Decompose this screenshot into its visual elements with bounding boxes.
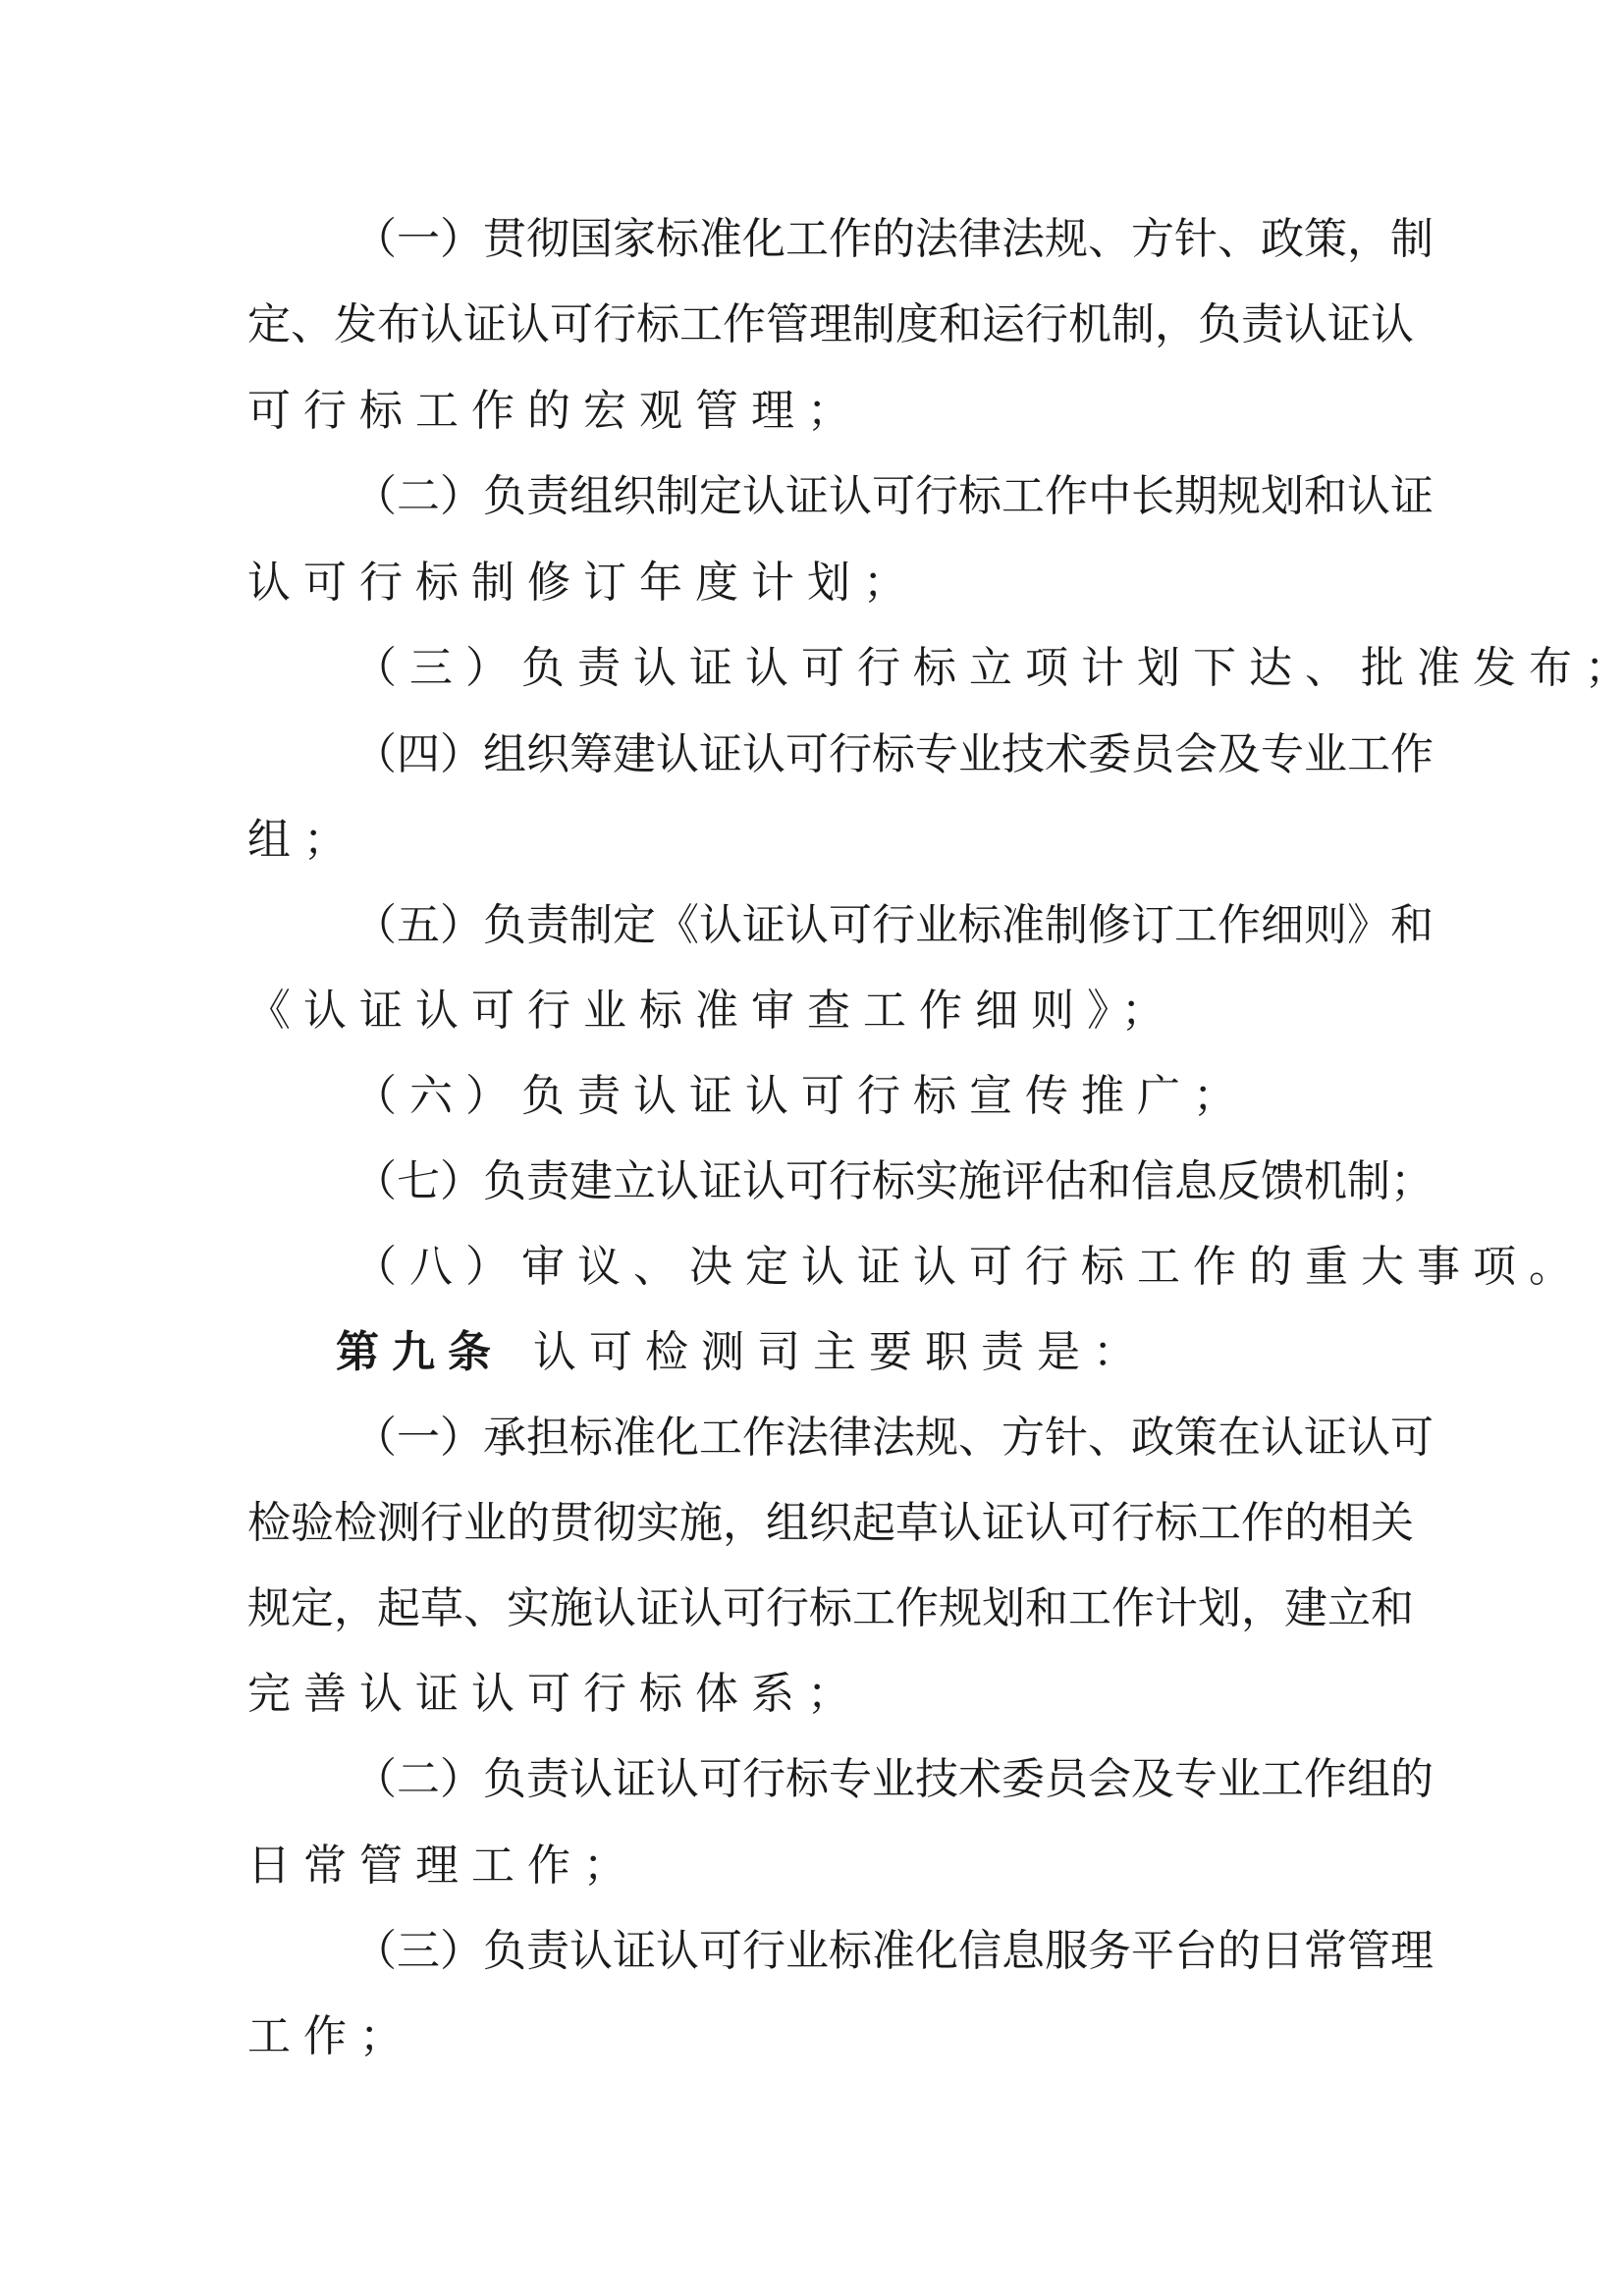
- paragraph-line: （八）审议、决定认证认可行标工作的重大事项。: [353, 1238, 1375, 1297]
- paragraph-line: （二）负责认证认可行标专业技术委员会及专业工作组的: [353, 1750, 1375, 1809]
- article-number: 第九条: [336, 1327, 504, 1377]
- paragraph-line: （二）负责组织制定认证认可行标工作中长期规划和认证: [353, 467, 1375, 526]
- paragraph-line: （四）组织筹建认证认可行标专业技术委员会及专业工作: [353, 725, 1375, 784]
- paragraph-line: 认可行标制修订年度计划；: [247, 554, 1375, 613]
- paragraph-line: （三）负责认证认可行标立项计划下达、批准发布；: [353, 639, 1375, 698]
- paragraph-line: （七）负责建立认证认可行标实施评估和信息反馈机制；: [353, 1152, 1375, 1211]
- paragraph-line: （一）贯彻国家标准化工作的法律法规、方针、政策，制: [353, 210, 1375, 269]
- paragraph-line: （五）负责制定《认证认可行业标准制修订工作细则》和: [353, 896, 1375, 955]
- paragraph-line: 工作；: [247, 2007, 1375, 2066]
- article-heading-text: 认可检测司主要职责是：: [533, 1327, 1149, 1377]
- paragraph-line: （三）负责认证认可行业标准化信息服务平台的日常管理: [353, 1922, 1375, 1981]
- paragraph-line: 完善认证认可行标体系；: [247, 1665, 1375, 1724]
- paragraph-line: 定、发布认证认可行标工作管理制度和运行机制，负责认证认: [247, 295, 1375, 354]
- paragraph-line: 日常管理工作；: [247, 1837, 1375, 1896]
- paragraph-line: 组；: [247, 811, 1375, 870]
- paragraph-line: 规定，起草、实施认证认可行标工作规划和工作计划，建立和: [247, 1579, 1375, 1638]
- article-heading: 第九条认可检测司主要职责是：: [336, 1323, 1357, 1382]
- paragraph-line: （一）承担标准化工作法律法规、方针、政策在认证认可: [353, 1409, 1375, 1468]
- document-page: （一）贯彻国家标准化工作的法律法规、方针、政策，制 定、发布认证认可行标工作管理…: [0, 0, 1624, 2296]
- paragraph-line: （六）负责认证认可行标宣传推广；: [353, 1067, 1375, 1126]
- paragraph-line: 检验检测行业的贯彻实施，组织起草认证认可行标工作的相关: [247, 1494, 1375, 1553]
- paragraph-line: 《认证认可行业标准审查工作细则》；: [247, 982, 1375, 1041]
- paragraph-line: 可行标工作的宏观管理；: [247, 382, 1375, 441]
